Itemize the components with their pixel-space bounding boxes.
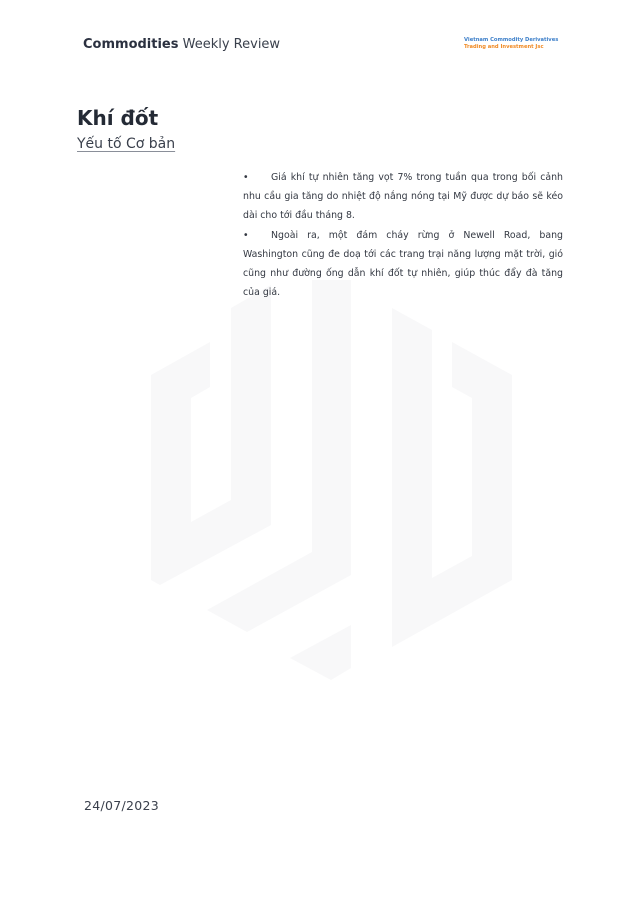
bullet-item: •Ngoài ra, một đám cháy rừng ở Newell Ro… [243,226,563,303]
report-title: Commodities Weekly Review [83,37,280,52]
logo-line-2: Trading and Investment Jsc [464,44,558,51]
report-date: 24/07/2023 [84,798,159,813]
logo-line-1: Vietnam Commodity Derivatives [464,37,558,44]
section-subtitle: Yếu tố Cơ bản [77,136,175,152]
bullet-text: Ngoài ra, một đám cháy rừng ở Newell Roa… [243,230,563,299]
bullet-list: •Giá khí tự nhiên tăng vọt 7% trong tuần… [243,168,563,302]
report-title-bold: Commodities [83,37,178,52]
section-title: Khí đốt [77,106,158,130]
watermark-logo-icon [140,280,520,680]
bullet-text: Giá khí tự nhiên tăng vọt 7% trong tuần … [243,172,563,221]
bullet-icon: • [243,168,271,187]
company-logo: Vietnam Commodity Derivatives Trading an… [464,37,558,50]
bullet-item: •Giá khí tự nhiên tăng vọt 7% trong tuần… [243,168,563,226]
report-title-light: Weekly Review [183,37,280,52]
bullet-icon: • [243,226,271,245]
